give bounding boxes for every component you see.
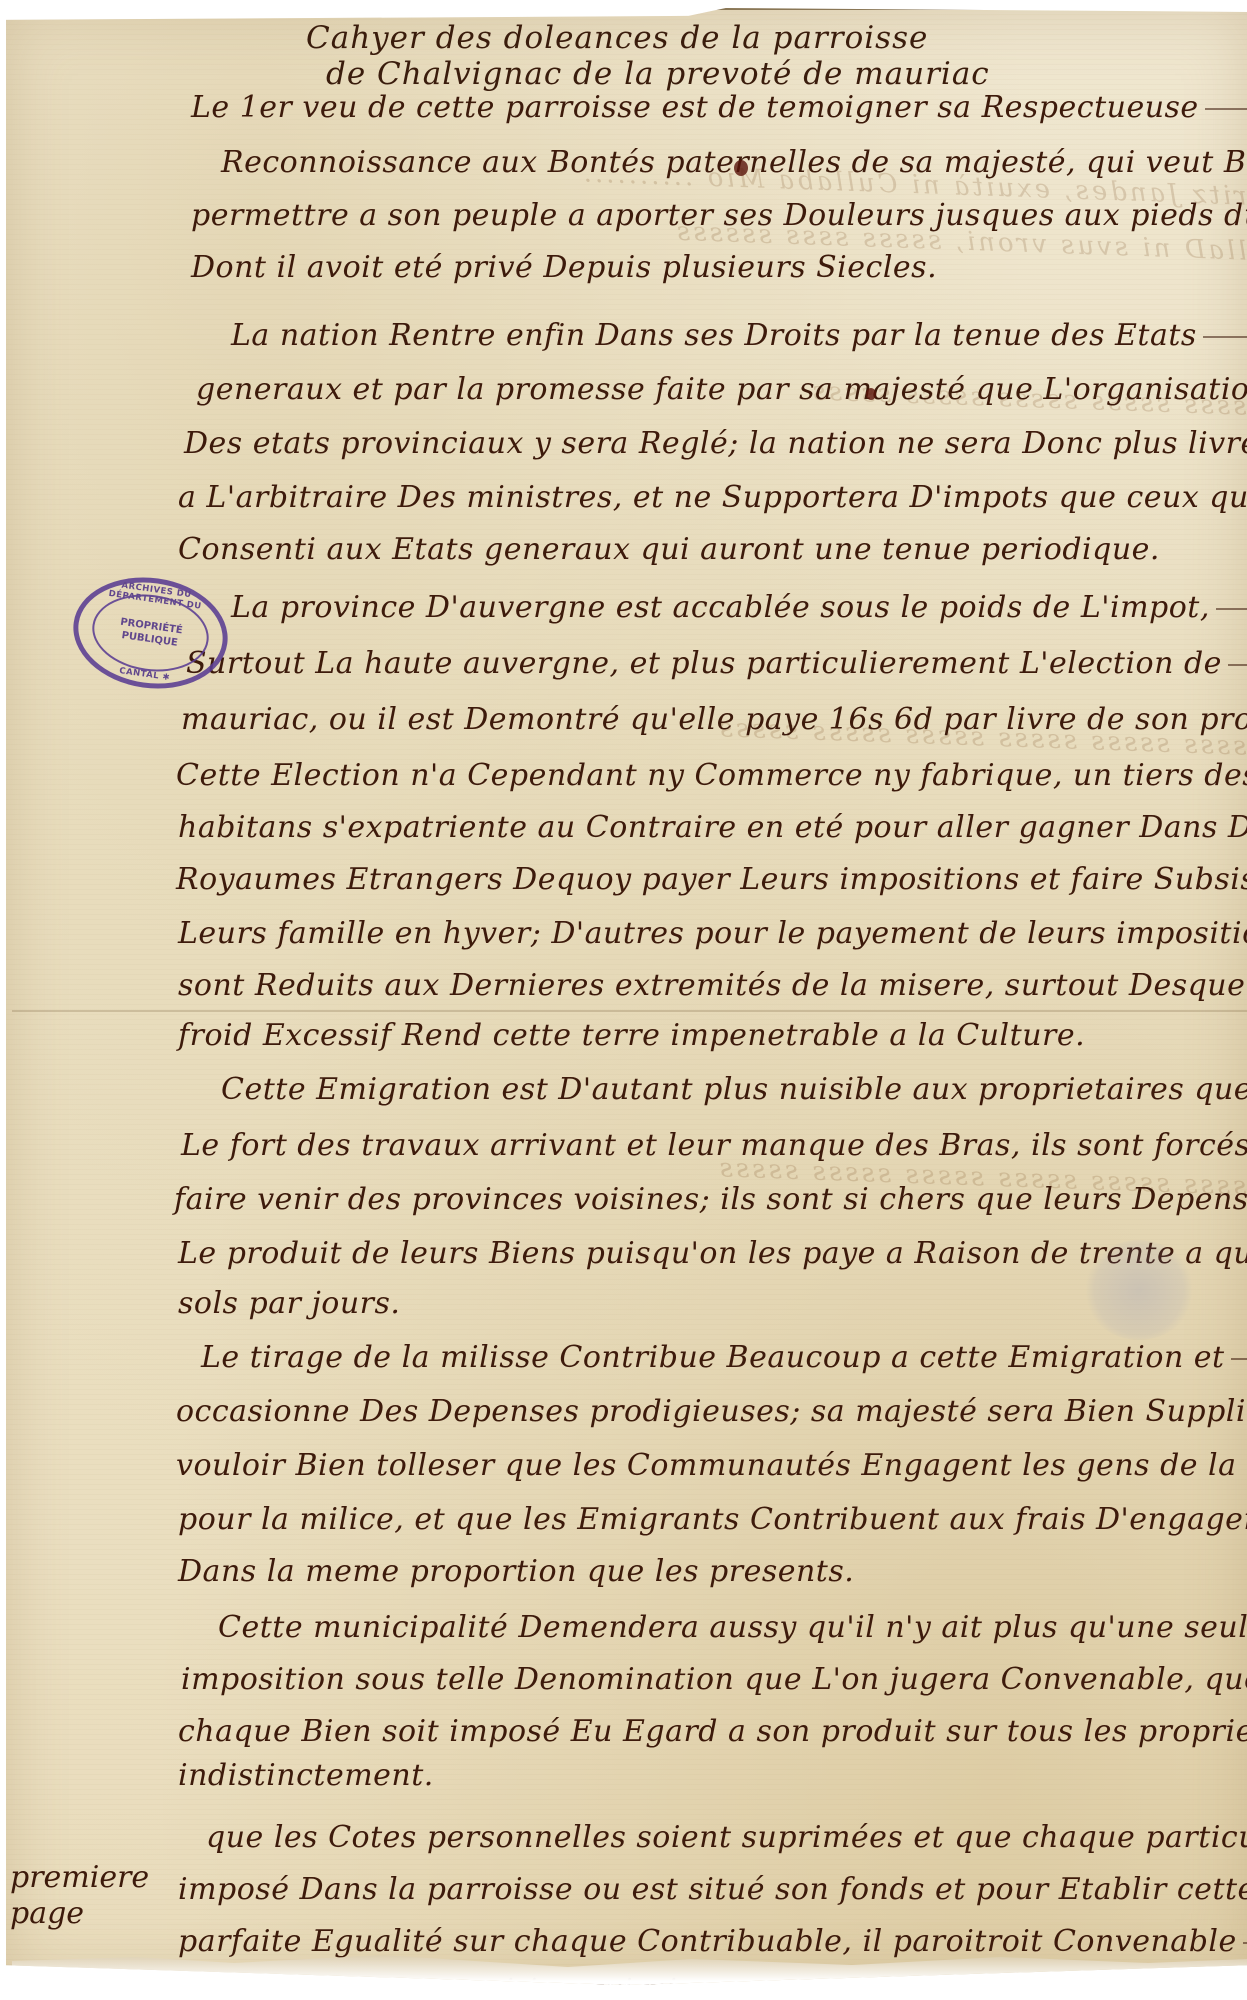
body-line: Le 1er veu de cette parroisse est de tem… — [191, 90, 1247, 125]
margin-note: premiere page — [10, 1860, 149, 1932]
body-line: faire venir des provinces voisines; ils … — [174, 1182, 1247, 1217]
ink-blot — [866, 388, 876, 400]
body-line: imposition sous telle Denomination que L… — [181, 1662, 1247, 1697]
body-line: Royaumes Etrangers Dequoy payer Leurs im… — [176, 862, 1247, 897]
body-line: Surtout La haute auvergne, et plus parti… — [186, 646, 1247, 681]
body-line: Cette Emigration est D'autant plus nuisi… — [221, 1072, 1247, 1107]
margin-note-line-1: premiere — [10, 1860, 149, 1896]
body-line: indistinctement. — [178, 1758, 434, 1793]
manuscript-page: ritz Jandes, exuità ni Cullaba Mio .....… — [6, 8, 1247, 1985]
body-line: Cette municipalité Demendera aussy qu'il… — [218, 1610, 1247, 1645]
faded-stamp — [1084, 1240, 1194, 1340]
body-line: Le tirage de la milisse Contribue Beauco… — [201, 1340, 1247, 1375]
body-line: parfaite Egualité sur chaque Contribuabl… — [178, 1924, 1247, 1959]
body-line: Dont il avoit eté privé Depuis plusieurs… — [191, 250, 937, 285]
body-line: La province D'auvergne est accablée sous… — [231, 590, 1247, 625]
body-line: chaque Bien soit imposé Eu Egard a son p… — [178, 1714, 1247, 1749]
margin-note-line-2: page — [10, 1896, 149, 1932]
body-line: Le produit de leurs Biens puisqu'on les … — [178, 1236, 1247, 1271]
body-line: vouloir Bien tolleser que les Communauté… — [176, 1448, 1247, 1483]
body-line: sols par jours. — [178, 1286, 400, 1321]
body-line: Reconnoissance aux Bontés paternelles de… — [221, 145, 1247, 180]
body-line: Consenti aux Etats generaux qui auront u… — [178, 532, 1160, 567]
body-line: Le fort des travaux arrivant et leur man… — [181, 1128, 1247, 1163]
body-line: habitans s'expatriente au Contraire en e… — [178, 810, 1247, 845]
body-line: permettre a son peuple a aporter ses Dou… — [191, 198, 1247, 233]
body-line: Des etats provinciaux y sera Reglé; la n… — [184, 426, 1247, 461]
body-line: Leurs famille en hyver; D'autres pour le… — [178, 916, 1247, 951]
body-line: Cette Election n'a Cependant ny Commerce… — [176, 758, 1247, 793]
body-line: mauriac, ou il est Demontré qu'elle paye… — [181, 702, 1247, 737]
body-line: pour la milice, et que les Emigrants Con… — [178, 1502, 1247, 1537]
body-line: generaux et par la promesse faite par sa… — [196, 372, 1247, 407]
body-line: froid Excessif Rend cette terre impenetr… — [178, 1018, 1085, 1053]
body-line: La nation Rentre enfin Dans ses Droits p… — [231, 318, 1247, 353]
body-line: imposé Dans la parroisse ou est situé so… — [178, 1872, 1247, 1907]
body-line: sont Reduits aux Dernieres extremités de… — [178, 968, 1247, 1003]
ink-blot — [734, 160, 748, 176]
body-line: Dans la meme proportion que les presents… — [178, 1554, 854, 1589]
manuscript-body: Le 1er veu de cette parroisse est de tem… — [6, 10, 1247, 1985]
body-line: a L'arbitraire Des ministres, et ne Supp… — [178, 480, 1247, 515]
body-line: que les Cotes personnelles soient suprim… — [206, 1820, 1247, 1855]
body-line: occasionne Des Depenses prodigieuses; sa… — [176, 1394, 1247, 1429]
